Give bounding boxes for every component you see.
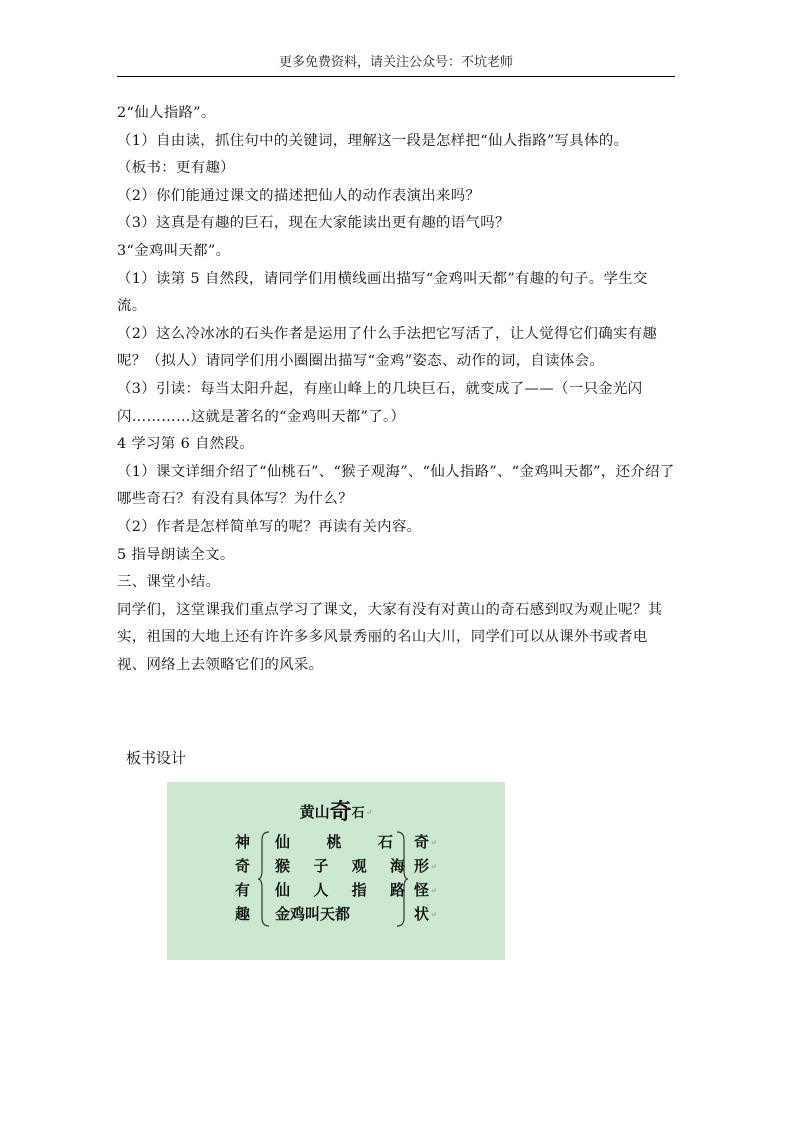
- board-title: 黄山奇石↵: [167, 800, 505, 826]
- board-row-houziguanhai: 猴 子 观 海: [275, 854, 405, 878]
- board-left-char: 神: [235, 830, 255, 854]
- board-middle-column: 仙 桃 石 猴 子 观 海 仙 人 指 路 金鸡叫天都: [275, 830, 405, 926]
- board-right-column: 奇↵ 形↵ 怪↵ 状↵: [414, 830, 454, 926]
- board-title-emphasis: 奇: [330, 799, 352, 825]
- board-left-char: 有: [235, 878, 255, 902]
- document-body: 2“仙人指路”。 （1）自由读，抓住句中的关键词，理解这一段是怎样把“仙人指路”…: [117, 100, 677, 679]
- board-right-char: 怪↵: [414, 878, 454, 902]
- board-char: 人: [313, 878, 328, 902]
- board-row-xiantaoshi: 仙 桃 石: [275, 830, 405, 854]
- board-left-char: 趣: [235, 902, 255, 926]
- board-row-jinjijiaotiandu: 金鸡叫天都: [275, 902, 405, 926]
- paragraph-mark-icon: ↵: [430, 862, 437, 871]
- board-design-image: 黄山奇石↵ 神 奇 有 趣 仙 桃 石 猴 子 观 海 仙 人 指 路 金鸡叫: [167, 782, 505, 960]
- paragraph-mark-icon: ↵: [430, 910, 437, 919]
- section-heading: 4 学习第 6 自然段。: [117, 431, 677, 459]
- paragraph: （板书：更有趣）: [117, 155, 677, 183]
- paragraph: （2）你们能通过课文的描述把仙人的动作表演出来吗？: [117, 183, 677, 211]
- board-char: 石: [378, 830, 393, 854]
- paragraph: （1）读第 5 自然段，请同学们用横线画出描写“金鸡叫天都”有趣的句子。学生交流…: [117, 266, 677, 321]
- board-title-part1: 黄山: [300, 803, 330, 821]
- left-brace-icon: [257, 830, 271, 928]
- paragraph: 同学们，这堂课我们重点学习了课文，大家有没有对黄山的奇石感到叹为观止呢？其实，祖…: [117, 597, 677, 680]
- section-heading: 三、课堂小结。: [117, 569, 677, 597]
- page-header: 更多免费资料，请关注公众号：不坑老师: [117, 54, 675, 72]
- board-char: 指: [352, 878, 367, 902]
- paragraph: （2）作者是怎样简单写的呢？再读有关内容。: [117, 514, 677, 542]
- board-char: 桃: [326, 830, 341, 854]
- section-heading: 5 指导朗读全文。: [117, 542, 677, 570]
- paragraph-mark-icon: ↵: [430, 838, 437, 847]
- section-heading: 2“仙人指路”。: [117, 100, 677, 128]
- board-title-part3: 石: [352, 806, 365, 821]
- board-right-char: 奇↵: [414, 830, 454, 854]
- board-char: 仙: [275, 830, 290, 854]
- board-char: 仙: [275, 878, 290, 902]
- board-right-char: 状↵: [414, 902, 454, 926]
- paragraph: （1）自由读，抓住句中的关键词，理解这一段是怎样把“仙人指路”写具体的。: [117, 128, 677, 156]
- board-char: 猴: [275, 854, 290, 878]
- right-brace-icon: [395, 830, 409, 928]
- paragraph: （1）课文详细介绍了“仙桃石”、“猴子观海”、“仙人指路”、“金鸡叫天都”，还介…: [117, 459, 677, 514]
- paragraph: （3）引读：每当太阳升起，有座山峰上的几块巨石，就变成了——（一只金光闪闪…………: [117, 376, 677, 431]
- paragraph: （3）这真是有趣的巨石，现在大家能读出更有趣的语气吗？: [117, 210, 677, 238]
- board-row-xianrenzhilu: 仙 人 指 路: [275, 878, 405, 902]
- board-right-char: 形↵: [414, 854, 454, 878]
- board-char: 观: [352, 854, 367, 878]
- paragraph-mark-icon: ↵: [430, 886, 437, 895]
- header-divider: [117, 76, 675, 77]
- paragraph-mark-icon: ↵: [366, 808, 373, 817]
- board-left-column: 神 奇 有 趣: [235, 830, 255, 926]
- paragraph: （2）这么冷冰冰的石头作者是运用了什么手法把它写活了，让人觉得它们确实有趣呢？（…: [117, 321, 677, 376]
- section-heading: 3“金鸡叫天都”。: [117, 238, 677, 266]
- board-design-label: 板书设计: [126, 747, 186, 769]
- board-char: 子: [313, 854, 328, 878]
- board-left-char: 奇: [235, 854, 255, 878]
- board-char: 金鸡叫天都: [275, 902, 350, 926]
